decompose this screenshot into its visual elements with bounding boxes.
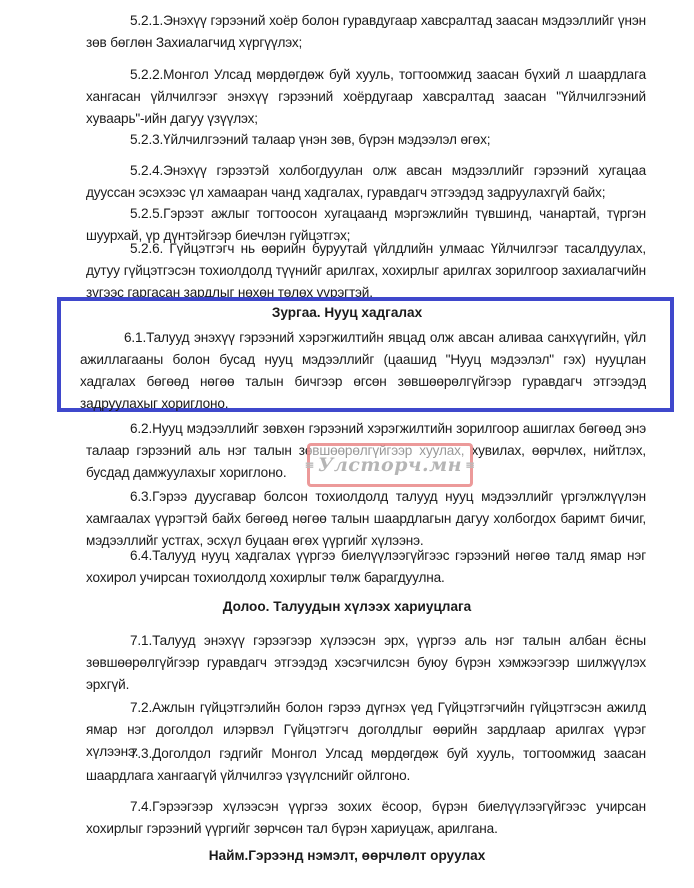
- watermark: ≡ Улсторч.мн ≡: [307, 443, 473, 487]
- paragraph-7-4: 7.4.Гэрээгээр хүлээсэн үүргээ зохих ёсоо…: [86, 796, 646, 840]
- paragraph-5-2-6: 5.2.6. Гүйцэтгэгч нь өөрийн буруутай үйл…: [86, 238, 646, 304]
- watermark-wing-left-icon: ≡: [304, 458, 315, 472]
- section-6-heading: Зургаа. Нууц хадгалах: [0, 303, 694, 323]
- paragraph-5-2-1: 5.2.1.Энэхүү гэрээний хоёр болон гуравду…: [86, 10, 646, 54]
- paragraph-7-3: 7.3.Доголдол гэдгийг Монгол Улсад мөрдөг…: [86, 743, 646, 787]
- section-8-heading: Найм.Гэрээнд нэмэлт, өөрчлөлт оруулах: [0, 846, 694, 866]
- paragraph-5-2-3: 5.2.3.Үйлчилгээний талаар үнэн зөв, бүрэ…: [86, 129, 646, 151]
- paragraph-5-2-2: 5.2.2.Монгол Улсад мөрдөгдөж буй хууль, …: [86, 64, 646, 130]
- section-7-heading: Долоо. Талуудын хүлээх хариуцлага: [0, 597, 694, 617]
- paragraph-6-1: 6.1.Талууд энэхүү гэрээний хэрэгжилтийн …: [80, 327, 646, 415]
- watermark-text: Улсторч.мн: [318, 454, 462, 476]
- paragraph-5-2-4: 5.2.4.Энэхүү гэрээтэй холбогдуулан олж а…: [86, 160, 646, 204]
- paragraph-6-3: 6.3.Гэрээ дуусгавар болсон тохиолдолд та…: [86, 486, 646, 552]
- paragraph-7-1: 7.1.Талууд энэхүү гэрээгээр хүлээсэн эрх…: [86, 630, 646, 696]
- document-page: 5.2.1.Энэхүү гэрээний хоёр болон гуравду…: [0, 0, 694, 888]
- paragraph-6-4: 6.4.Талууд нууц хадгалах үүргээ биелүүлэ…: [86, 545, 646, 589]
- watermark-wing-right-icon: ≡: [465, 458, 476, 472]
